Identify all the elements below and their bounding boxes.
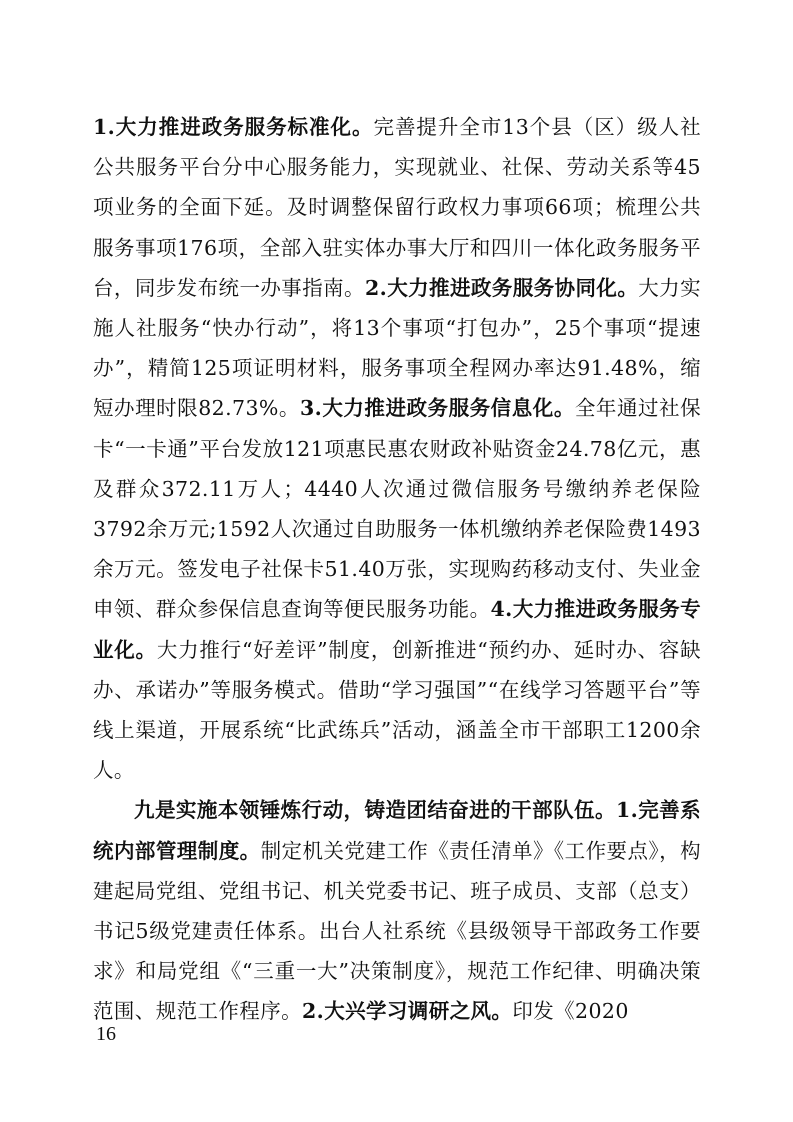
section-heading-nine: 九是实施本领锤炼行动，铸造团结奋进的干部队伍。 — [134, 798, 616, 822]
body-text: 大力推行“好差评”制度，创新推进“预约办、延时办、容缺办、承诺办”等服务模式。借… — [93, 638, 701, 783]
body-text: 全年通过社保卡“一卡通”平台发放121项惠民惠农财政补贴资金24.78亿元，惠及… — [93, 396, 701, 621]
subheading-standardization: 1.大力推进政务服务标准化。 — [93, 115, 373, 139]
subheading-coordination: 2.大力推进政务服务协同化。 — [365, 276, 638, 300]
body-text: 印发《2020 — [512, 999, 628, 1023]
page-number: 16 — [96, 1023, 116, 1046]
paragraph-government-services: 1.大力推进政务服务标准化。完善提升全市13个县（区）级人社公共服务平台分中心服… — [93, 107, 701, 790]
body-text: 制定机关党建工作《责任清单》《工作要点》，构建起局党组、党组书记、机关党委书记、… — [93, 839, 701, 1024]
body-text: 完善提升全市13个县（区）级人社公共服务平台分中心服务能力，实现就业、社保、劳动… — [93, 115, 701, 300]
paragraph-cadre-training: 九是实施本领锤炼行动，铸造团结奋进的干部队伍。1.完善系统内部管理制度。制定机关… — [93, 790, 701, 1031]
subheading-informatization: 3.大力推进政务服务信息化。 — [300, 396, 575, 420]
subheading-study-research: 2.大兴学习调研之风。 — [302, 999, 512, 1023]
document-page: 1.大力推进政务服务标准化。完善提升全市13个县（区）级人社公共服务平台分中心服… — [93, 107, 701, 1032]
